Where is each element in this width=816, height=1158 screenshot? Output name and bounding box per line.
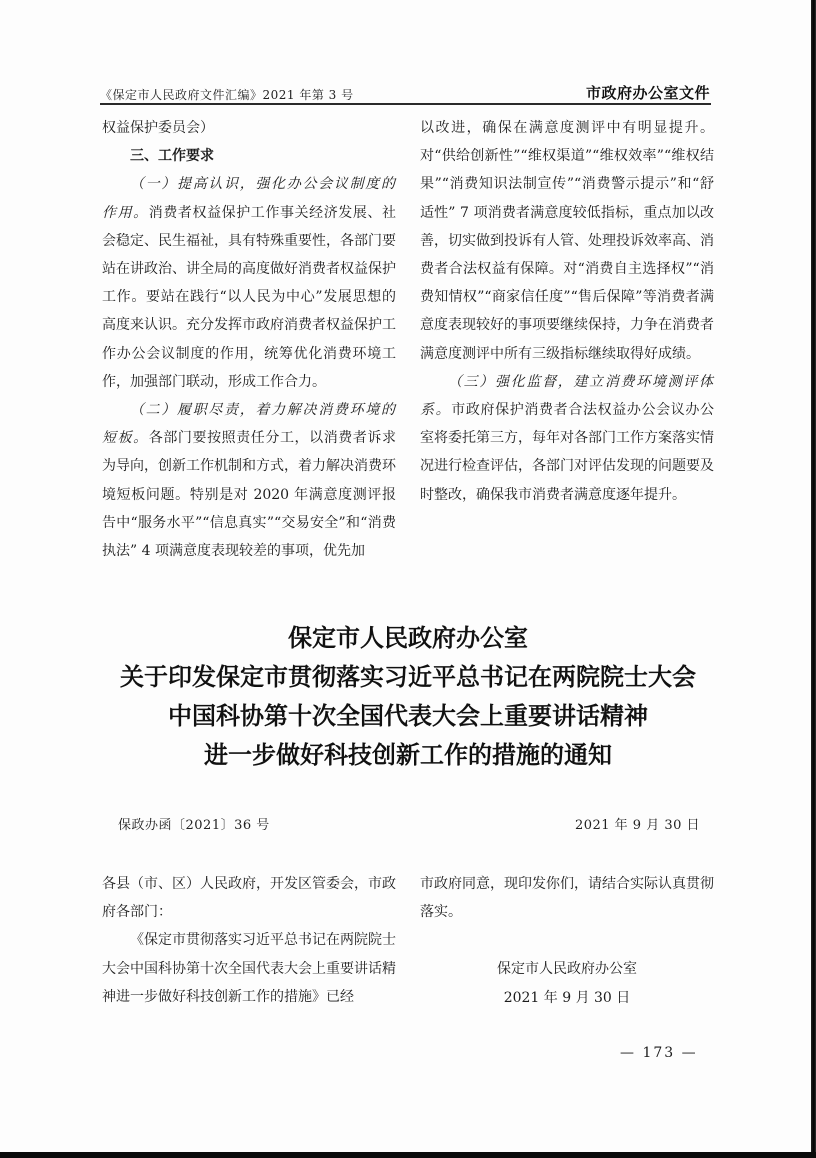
header-rule	[100, 103, 711, 105]
publication-title: 《保定市人民政府文件汇编》2021 年第 3 号	[100, 86, 354, 103]
previous-doc-right-column: 以改进，确保在满意度测评中有明显提升。对“供给创新性”“维权渠道”“维权效率”“…	[420, 114, 714, 509]
document-meta: 保政办函〔2021〕36 号 2021 年 9 月 30 日	[118, 814, 700, 836]
title-line-1: 保定市人民政府办公室	[80, 618, 736, 657]
title-line-4: 进一步做好科技创新工作的措施的通知	[80, 735, 736, 774]
paragraph-item-2: （二）履职尽责，着力解决消费环境的短板。各部门要按照责任分工，以消费者诉求为导向…	[102, 396, 396, 565]
item-3-body: 市政府保护消费者合法权益办公会议办公室将委托第三方，每年对各部门工作方案落实情况…	[420, 402, 714, 503]
notice-body-left: 《保定市贯彻落实习近平总书记在两院院士大会中国科协第十次全国代表大会上重要讲话精…	[102, 926, 396, 1011]
section-label: 市政府办公室文件	[586, 82, 710, 103]
issue-date: 2021 年 9 月 30 日	[575, 814, 700, 833]
notice-title: 保定市人民政府办公室 关于印发保定市贯彻落实习近平总书记在两院院士大会 中国科协…	[80, 618, 736, 774]
title-line-2: 关于印发保定市贯彻落实习近平总书记在两院院士大会	[80, 657, 736, 696]
paragraph-item-1: （一）提高认识，强化办公会议制度的作用。消费者权益保护工作事关经济发展、社会稳定…	[102, 170, 396, 396]
scan-edge-bottom	[0, 1152, 816, 1158]
signature-date: 2021 年 9 月 30 日	[420, 987, 714, 1007]
addressee: 各县（市、区）人民政府，开发区管委会，市政府各部门：	[102, 870, 396, 926]
page-number: — 173 —	[620, 1045, 698, 1061]
notice-left-column: 各县（市、区）人民政府，开发区管委会，市政府各部门： 《保定市贯彻落实习近平总书…	[102, 870, 396, 1011]
item-2-continued: 以改进，确保在满意度测评中有明显提升。对“供给创新性”“维权渠道”“维权效率”“…	[420, 114, 714, 368]
title-line-3: 中国科协第十次全国代表大会上重要讲话精神	[80, 696, 736, 735]
paragraph-item-3: （三）强化监督，建立消费环境测评体系。市政府保护消费者合法权益办公会议办公室将委…	[420, 368, 714, 509]
document-page: 《保定市人民政府文件汇编》2021 年第 3 号 市政府办公室文件 权益保护委员…	[0, 0, 816, 1158]
signature-organization: 保定市人民政府办公室	[420, 958, 714, 978]
item-2-body: 各部门要按照责任分工，以消费者诉求为导向，创新工作机制和方式，着力解决消费环境短…	[102, 430, 396, 559]
section-heading: 三、工作要求	[102, 142, 396, 170]
previous-doc-left-column: 权益保护委员会） 三、工作要求 （一）提高认识，强化办公会议制度的作用。消费者权…	[102, 114, 396, 565]
document-number: 保政办函〔2021〕36 号	[118, 814, 270, 833]
scan-edge-right	[811, 0, 816, 1158]
carryover-text: 权益保护委员会）	[102, 114, 396, 142]
item-1-body: 消费者权益保护工作事关经济发展、社会稳定、民生福祉，具有特殊重要性，各部门要站在…	[102, 205, 396, 390]
notice-body-right: 市政府同意，现印发你们，请结合实际认真贯彻落实。	[420, 870, 714, 926]
running-header: 《保定市人民政府文件汇编》2021 年第 3 号 市政府办公室文件	[100, 80, 710, 104]
notice-right-column: 市政府同意，现印发你们，请结合实际认真贯彻落实。	[420, 870, 714, 926]
